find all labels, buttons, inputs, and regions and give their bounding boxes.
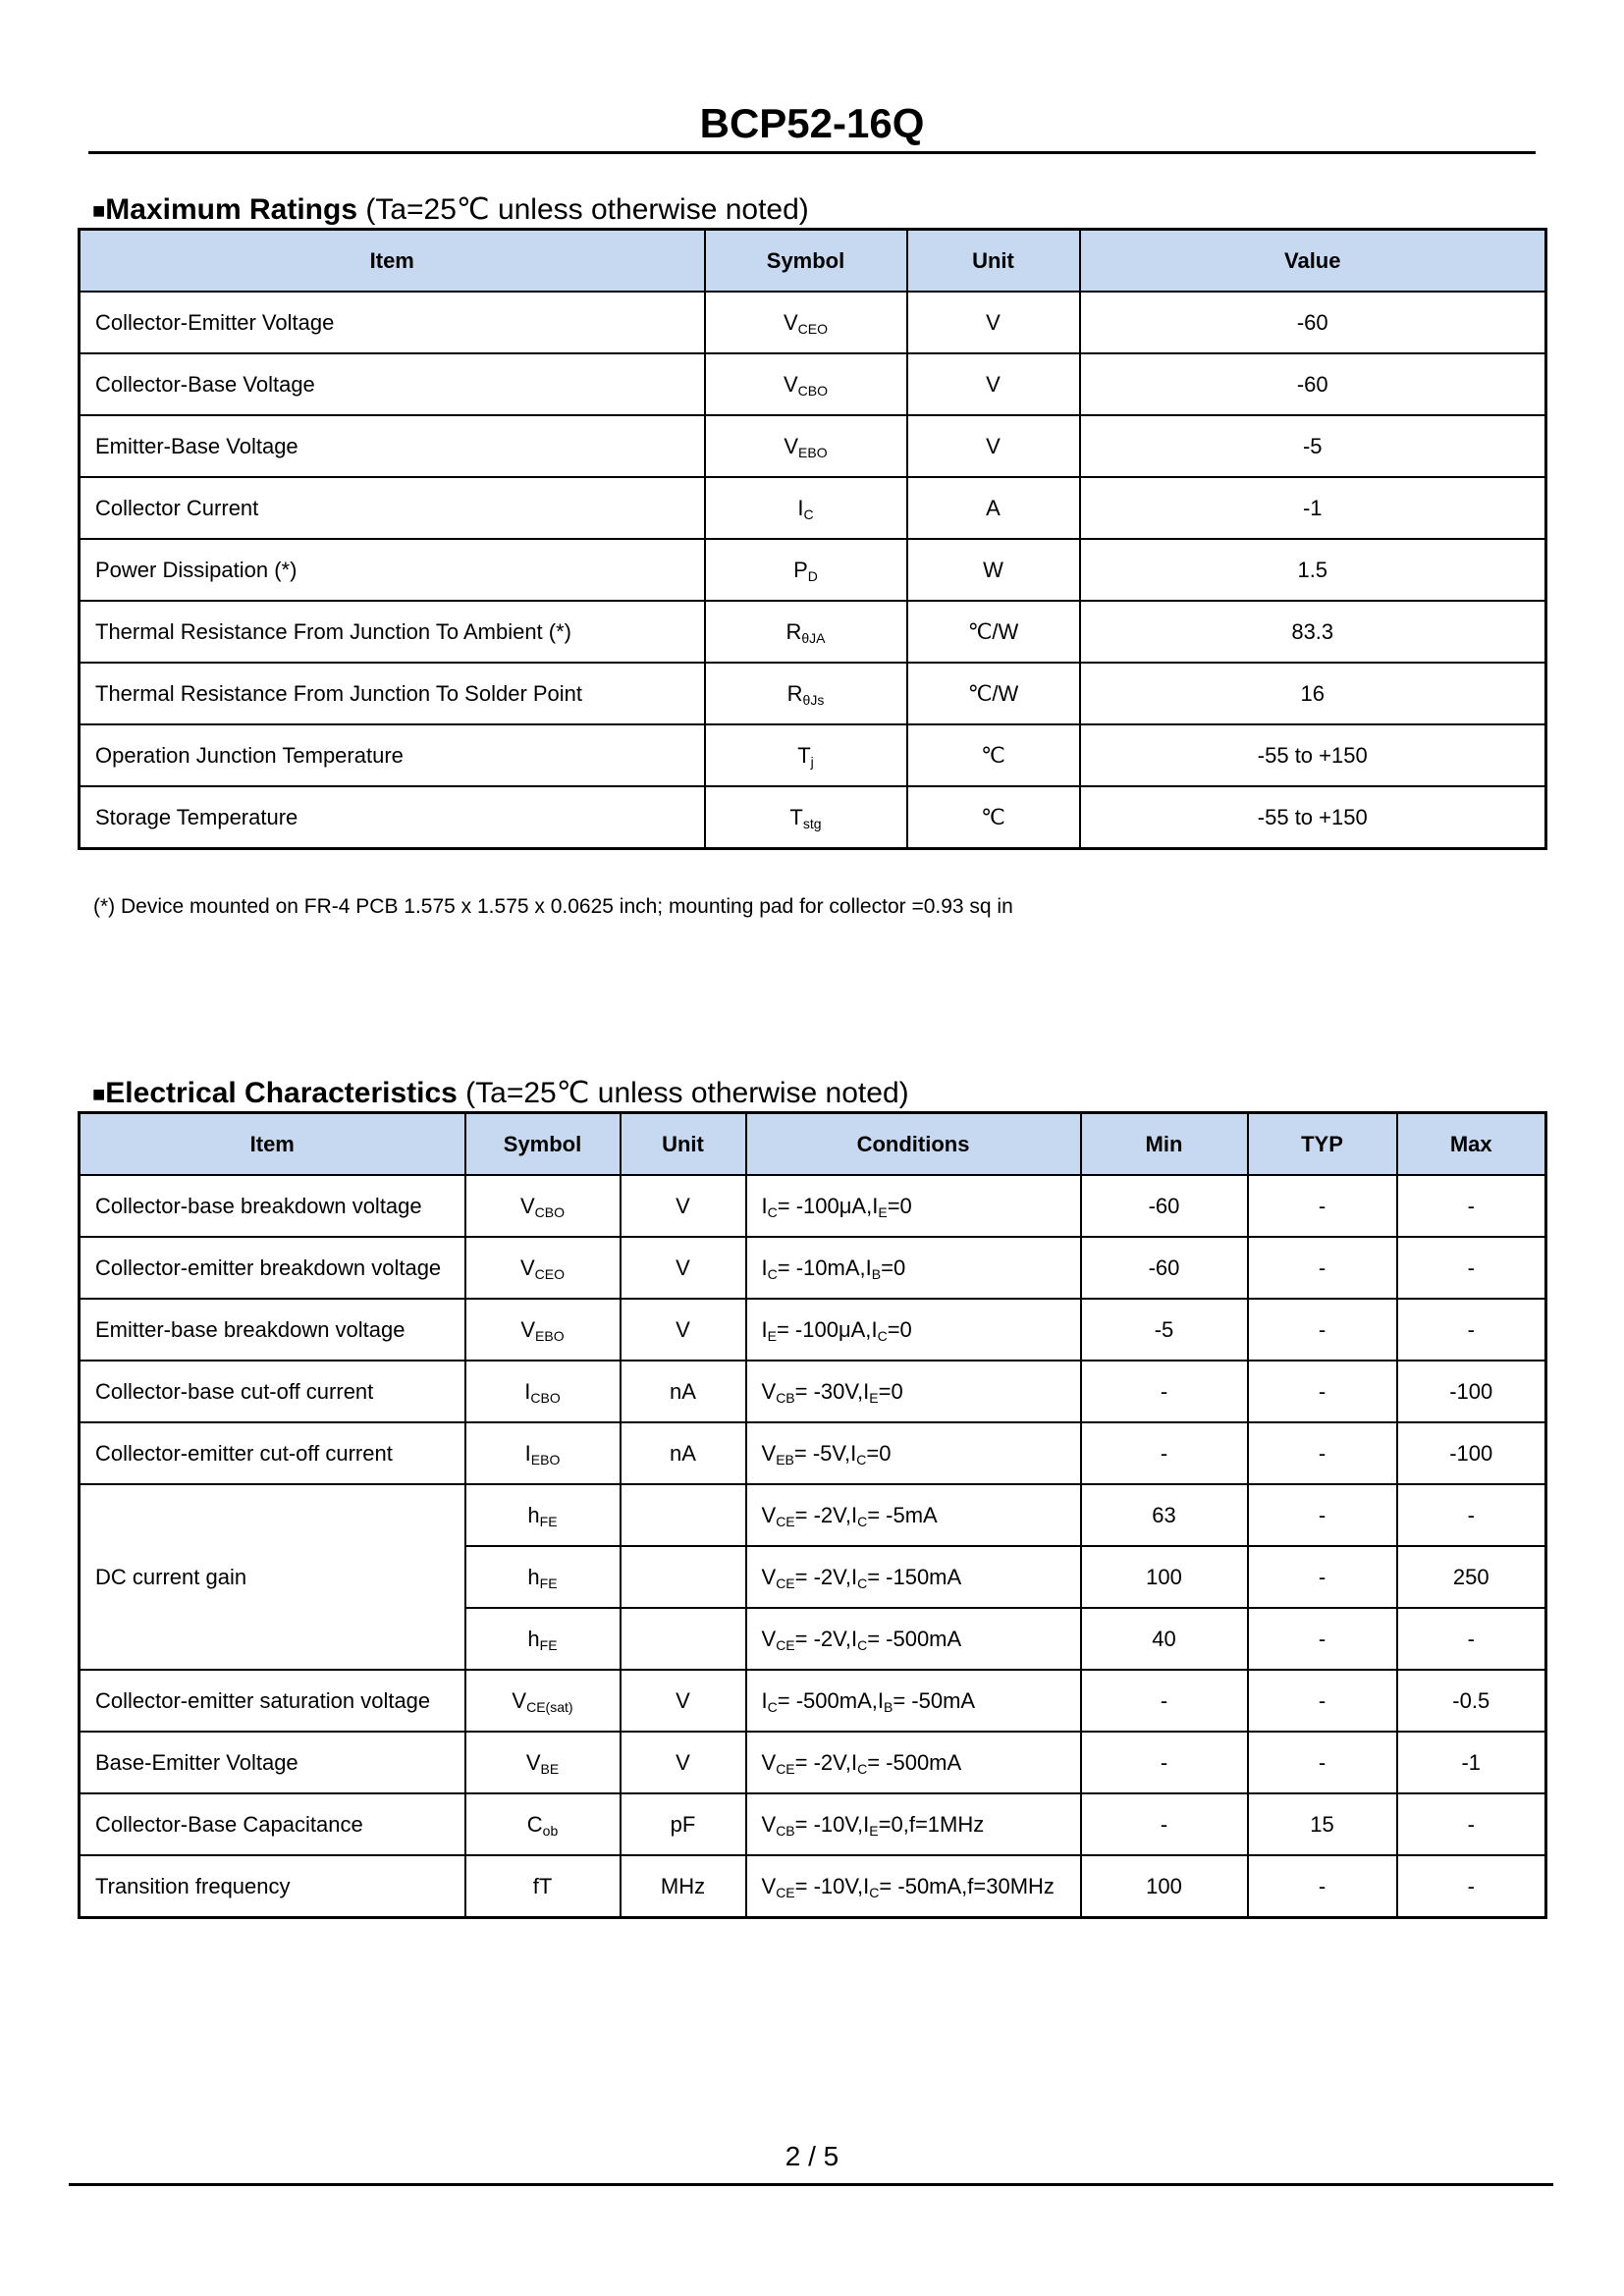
max-cell: - [1397, 1484, 1546, 1546]
conditions-cell: VCB= -30V,IE=0 [746, 1361, 1081, 1422]
condition-subscript: C [857, 1761, 867, 1777]
max-ratings-title: Maximum Ratings [105, 193, 357, 226]
conditions-cell: VCB= -10V,IE=0,f=1MHz [746, 1793, 1081, 1855]
thermal-footnote: (*) Device mounted on FR-4 PCB 1.575 x 1… [93, 893, 1013, 921]
value-cell: 1.5 [1080, 539, 1546, 601]
unit-cell: W [907, 539, 1080, 601]
typ-cell: - [1248, 1670, 1397, 1732]
value-cell: 16 [1080, 663, 1546, 724]
condition-subscript: CB [776, 1823, 794, 1839]
unit-cell [621, 1546, 746, 1608]
item-cell: Base-Emitter Voltage [80, 1732, 465, 1793]
unit-cell: A [907, 477, 1080, 539]
condition-subscript: C [857, 1637, 867, 1653]
table-row: Collector-base breakdown voltageVCBOVIC=… [80, 1175, 1546, 1237]
item-cell: Power Dissipation (*) [80, 539, 705, 601]
item-cell: Collector Current [80, 477, 705, 539]
symbol-subscript: FE [540, 1514, 558, 1529]
column-header: Symbol [465, 1113, 621, 1176]
symbol-cell: hFE [465, 1608, 621, 1670]
symbol-cell: ICBO [465, 1361, 621, 1422]
min-cell: - [1081, 1361, 1248, 1422]
table-row: Emitter-Base VoltageVEBOV-5 [80, 415, 1546, 477]
typ-cell: - [1248, 1299, 1397, 1361]
condition-subscript: EB [776, 1452, 794, 1468]
electrical-condition: (Ta=25℃ unless otherwise noted) [458, 1077, 909, 1109]
symbol-cell: hFE [465, 1484, 621, 1546]
value-cell: -55 to +150 [1080, 786, 1546, 849]
column-header: Conditions [746, 1113, 1081, 1176]
page-number: 2 / 5 [0, 2140, 1624, 2173]
typ-cell: 15 [1248, 1793, 1397, 1855]
column-header: Unit [621, 1113, 746, 1176]
item-cell: DC current gain [80, 1484, 465, 1670]
condition-subscript: C [857, 1514, 867, 1529]
max-cell: - [1397, 1608, 1546, 1670]
conditions-cell: IC= -100μA,IE=0 [746, 1175, 1081, 1237]
symbol-cell: hFE [465, 1546, 621, 1608]
max-cell: -100 [1397, 1361, 1546, 1422]
condition-subscript: E [869, 1390, 878, 1406]
min-cell: - [1081, 1422, 1248, 1484]
column-header: Symbol [705, 230, 907, 293]
max-cell: - [1397, 1855, 1546, 1918]
condition-subscript: C [878, 1328, 888, 1344]
item-cell: Storage Temperature [80, 786, 705, 849]
symbol-subscript: EBO [531, 1452, 561, 1468]
table-row: Collector-Base VoltageVCBOV-60 [80, 353, 1546, 415]
unit-cell: ℃ [907, 724, 1080, 786]
table-row: Storage TemperatureTstg℃-55 to +150 [80, 786, 1546, 849]
unit-cell: ℃/W [907, 601, 1080, 663]
min-cell: -5 [1081, 1299, 1248, 1361]
unit-cell: ℃/W [907, 663, 1080, 724]
conditions-cell: VCE= -2V,IC= -150mA [746, 1546, 1081, 1608]
unit-cell [621, 1608, 746, 1670]
conditions-cell: VCE= -2V,IC= -500mA [746, 1732, 1081, 1793]
symbol-subscript: FE [540, 1637, 558, 1653]
unit-cell: V [907, 415, 1080, 477]
value-cell: -60 [1080, 353, 1546, 415]
symbol-subscript: CE(sat) [526, 1699, 572, 1715]
table-row: Operation Junction TemperatureTj℃-55 to … [80, 724, 1546, 786]
table-row: DC current gainhFEVCE= -2V,IC= -5mA63-- [80, 1484, 1546, 1546]
typ-cell: - [1248, 1175, 1397, 1237]
min-cell: 100 [1081, 1546, 1248, 1608]
unit-cell: nA [621, 1422, 746, 1484]
column-header: Value [1080, 230, 1546, 293]
symbol-subscript: BE [541, 1761, 560, 1777]
column-header: Item [80, 230, 705, 293]
unit-cell: ℃ [907, 786, 1080, 849]
symbol-subscript: j [811, 754, 814, 770]
table-row: Collector-emitter cut-off currentIEBOnAV… [80, 1422, 1546, 1484]
title-rule [88, 151, 1536, 154]
conditions-cell: VCE= -10V,IC= -50mA,f=30MHz [746, 1855, 1081, 1918]
unit-cell: V [907, 353, 1080, 415]
table-row: Base-Emitter VoltageVBEVVCE= -2V,IC= -50… [80, 1732, 1546, 1793]
condition-subscript: C [857, 1575, 867, 1591]
symbol-cell: VEBO [705, 415, 907, 477]
symbol-subscript: FE [540, 1575, 558, 1591]
min-cell: 40 [1081, 1608, 1248, 1670]
table-row: Thermal Resistance From Junction To Ambi… [80, 601, 1546, 663]
max-cell: 250 [1397, 1546, 1546, 1608]
item-cell: Collector-emitter breakdown voltage [80, 1237, 465, 1299]
max-cell: - [1397, 1175, 1546, 1237]
condition-subscript: C [768, 1699, 778, 1715]
typ-cell: - [1248, 1361, 1397, 1422]
symbol-subscript: D [808, 568, 818, 584]
item-cell: Collector-Base Voltage [80, 353, 705, 415]
typ-cell: - [1248, 1732, 1397, 1793]
conditions-cell: IC= -10mA,IB=0 [746, 1237, 1081, 1299]
unit-cell: V [621, 1732, 746, 1793]
symbol-cell: VCEO [465, 1237, 621, 1299]
column-header: Min [1081, 1113, 1248, 1176]
typ-cell: - [1248, 1546, 1397, 1608]
table-row: Emitter-base breakdown voltageVEBOVIE= -… [80, 1299, 1546, 1361]
min-cell: - [1081, 1793, 1248, 1855]
max-cell: - [1397, 1793, 1546, 1855]
typ-cell: - [1248, 1484, 1397, 1546]
condition-subscript: C [869, 1885, 879, 1900]
table-row: Collector CurrentICA-1 [80, 477, 1546, 539]
max-cell: - [1397, 1237, 1546, 1299]
symbol-subscript: EBO [535, 1328, 565, 1344]
max-cell: -1 [1397, 1732, 1546, 1793]
unit-cell: pF [621, 1793, 746, 1855]
max-ratings-heading: ■Maximum Ratings (Ta=25℃ unless otherwis… [92, 191, 809, 230]
table-row: Collector-base cut-off currentICBOnAVCB=… [80, 1361, 1546, 1422]
symbol-cell: RθJA [705, 601, 907, 663]
unit-cell: V [621, 1299, 746, 1361]
unit-cell: nA [621, 1361, 746, 1422]
footer-rule [69, 2183, 1553, 2186]
item-cell: Thermal Resistance From Junction To Sold… [80, 663, 705, 724]
item-cell: Emitter-base breakdown voltage [80, 1299, 465, 1361]
unit-cell: V [621, 1175, 746, 1237]
symbol-subscript: CBO [798, 383, 828, 399]
condition-subscript: E [869, 1823, 878, 1839]
item-cell: Collector-base cut-off current [80, 1361, 465, 1422]
symbol-subscript: θJs [803, 692, 825, 708]
item-cell: Transition frequency [80, 1855, 465, 1918]
symbol-cell: VCBO [465, 1175, 621, 1237]
condition-subscript: E [768, 1328, 777, 1344]
condition-subscript: E [878, 1204, 887, 1220]
symbol-subscript: ob [543, 1823, 559, 1839]
column-header: TYP [1248, 1113, 1397, 1176]
symbol-cell: VCEO [705, 292, 907, 353]
item-cell: Collector-emitter cut-off current [80, 1422, 465, 1484]
condition-subscript: CE [776, 1885, 794, 1900]
symbol-cell: VBE [465, 1732, 621, 1793]
column-header: Item [80, 1113, 465, 1176]
table-row: Power Dissipation (*)PDW1.5 [80, 539, 1546, 601]
condition-subscript: CE [776, 1761, 794, 1777]
item-cell: Collector-Base Capacitance [80, 1793, 465, 1855]
symbol-subscript: C [804, 507, 814, 522]
condition-subscript: CE [776, 1637, 794, 1653]
symbol-subscript: CEO [798, 321, 828, 337]
min-cell: - [1081, 1670, 1248, 1732]
typ-cell: - [1248, 1422, 1397, 1484]
conditions-cell: VEB= -5V,IC=0 [746, 1422, 1081, 1484]
max-ratings-table: ItemSymbolUnitValue Collector-Emitter Vo… [78, 228, 1547, 850]
item-cell: Collector-Emitter Voltage [80, 292, 705, 353]
condition-subscript: B [872, 1266, 881, 1282]
max-cell: -100 [1397, 1422, 1546, 1484]
value-cell: 83.3 [1080, 601, 1546, 663]
unit-cell [621, 1484, 746, 1546]
condition-subscript: C [768, 1204, 778, 1220]
symbol-subscript: CEO [535, 1266, 565, 1282]
min-cell: - [1081, 1732, 1248, 1793]
item-cell: Collector-emitter saturation voltage [80, 1670, 465, 1732]
symbol-subscript: CBO [530, 1390, 560, 1406]
symbol-cell: RθJs [705, 663, 907, 724]
symbol-subscript: stg [803, 816, 822, 831]
symbol-cell: PD [705, 539, 907, 601]
electrical-title: Electrical Characteristics [105, 1077, 458, 1109]
symbol-subscript: θJA [801, 630, 825, 646]
symbol-cell: VCBO [705, 353, 907, 415]
symbol-cell: Cob [465, 1793, 621, 1855]
item-cell: Collector-base breakdown voltage [80, 1175, 465, 1237]
value-cell: -55 to +150 [1080, 724, 1546, 786]
condition-subscript: C [856, 1452, 866, 1468]
conditions-cell: IE= -100μA,IC=0 [746, 1299, 1081, 1361]
symbol-cell: Tj [705, 724, 907, 786]
typ-cell: - [1248, 1855, 1397, 1918]
column-header: Unit [907, 230, 1080, 293]
table-row: Transition frequencyfTMHzVCE= -10V,IC= -… [80, 1855, 1546, 1918]
unit-cell: V [621, 1670, 746, 1732]
bullet-icon: ■ [92, 1082, 105, 1106]
table-row: Thermal Resistance From Junction To Sold… [80, 663, 1546, 724]
min-cell: -60 [1081, 1237, 1248, 1299]
table-row: Collector-emitter saturation voltageVCE(… [80, 1670, 1546, 1732]
symbol-cell: Tstg [705, 786, 907, 849]
column-header: Max [1397, 1113, 1546, 1176]
document-title: BCP52-16Q [0, 98, 1624, 149]
condition-subscript: CE [776, 1575, 794, 1591]
value-cell: -5 [1080, 415, 1546, 477]
symbol-cell: IC [705, 477, 907, 539]
table-row: Collector-Base CapacitanceCobpFVCB= -10V… [80, 1793, 1546, 1855]
bullet-icon: ■ [92, 198, 105, 223]
condition-subscript: C [768, 1266, 778, 1282]
condition-subscript: CE [776, 1514, 794, 1529]
electrical-heading: ■Electrical Characteristics (Ta=25℃ unle… [92, 1075, 909, 1113]
conditions-cell: VCE= -2V,IC= -5mA [746, 1484, 1081, 1546]
condition-subscript: B [884, 1699, 893, 1715]
symbol-subscript: EBO [798, 445, 828, 460]
min-cell: -60 [1081, 1175, 1248, 1237]
unit-cell: V [621, 1237, 746, 1299]
conditions-cell: VCE= -2V,IC= -500mA [746, 1608, 1081, 1670]
table-row: Collector-emitter breakdown voltageVCEOV… [80, 1237, 1546, 1299]
max-ratings-condition: (Ta=25℃ unless otherwise noted) [357, 193, 809, 226]
value-cell: -60 [1080, 292, 1546, 353]
min-cell: 100 [1081, 1855, 1248, 1918]
symbol-cell: IEBO [465, 1422, 621, 1484]
condition-subscript: CB [776, 1390, 794, 1406]
conditions-cell: IC= -500mA,IB= -50mA [746, 1670, 1081, 1732]
item-cell: Operation Junction Temperature [80, 724, 705, 786]
min-cell: 63 [1081, 1484, 1248, 1546]
symbol-cell: VCE(sat) [465, 1670, 621, 1732]
typ-cell: - [1248, 1608, 1397, 1670]
item-cell: Emitter-Base Voltage [80, 415, 705, 477]
unit-cell: V [907, 292, 1080, 353]
symbol-subscript: CBO [535, 1204, 565, 1220]
typ-cell: - [1248, 1237, 1397, 1299]
symbol-cell: VEBO [465, 1299, 621, 1361]
table-row: Collector-Emitter VoltageVCEOV-60 [80, 292, 1546, 353]
max-cell: - [1397, 1299, 1546, 1361]
unit-cell: MHz [621, 1855, 746, 1918]
symbol-cell: fT [465, 1855, 621, 1918]
item-cell: Thermal Resistance From Junction To Ambi… [80, 601, 705, 663]
max-cell: -0.5 [1397, 1670, 1546, 1732]
value-cell: -1 [1080, 477, 1546, 539]
electrical-characteristics-table: ItemSymbolUnitConditionsMinTYPMax Collec… [78, 1111, 1547, 1919]
